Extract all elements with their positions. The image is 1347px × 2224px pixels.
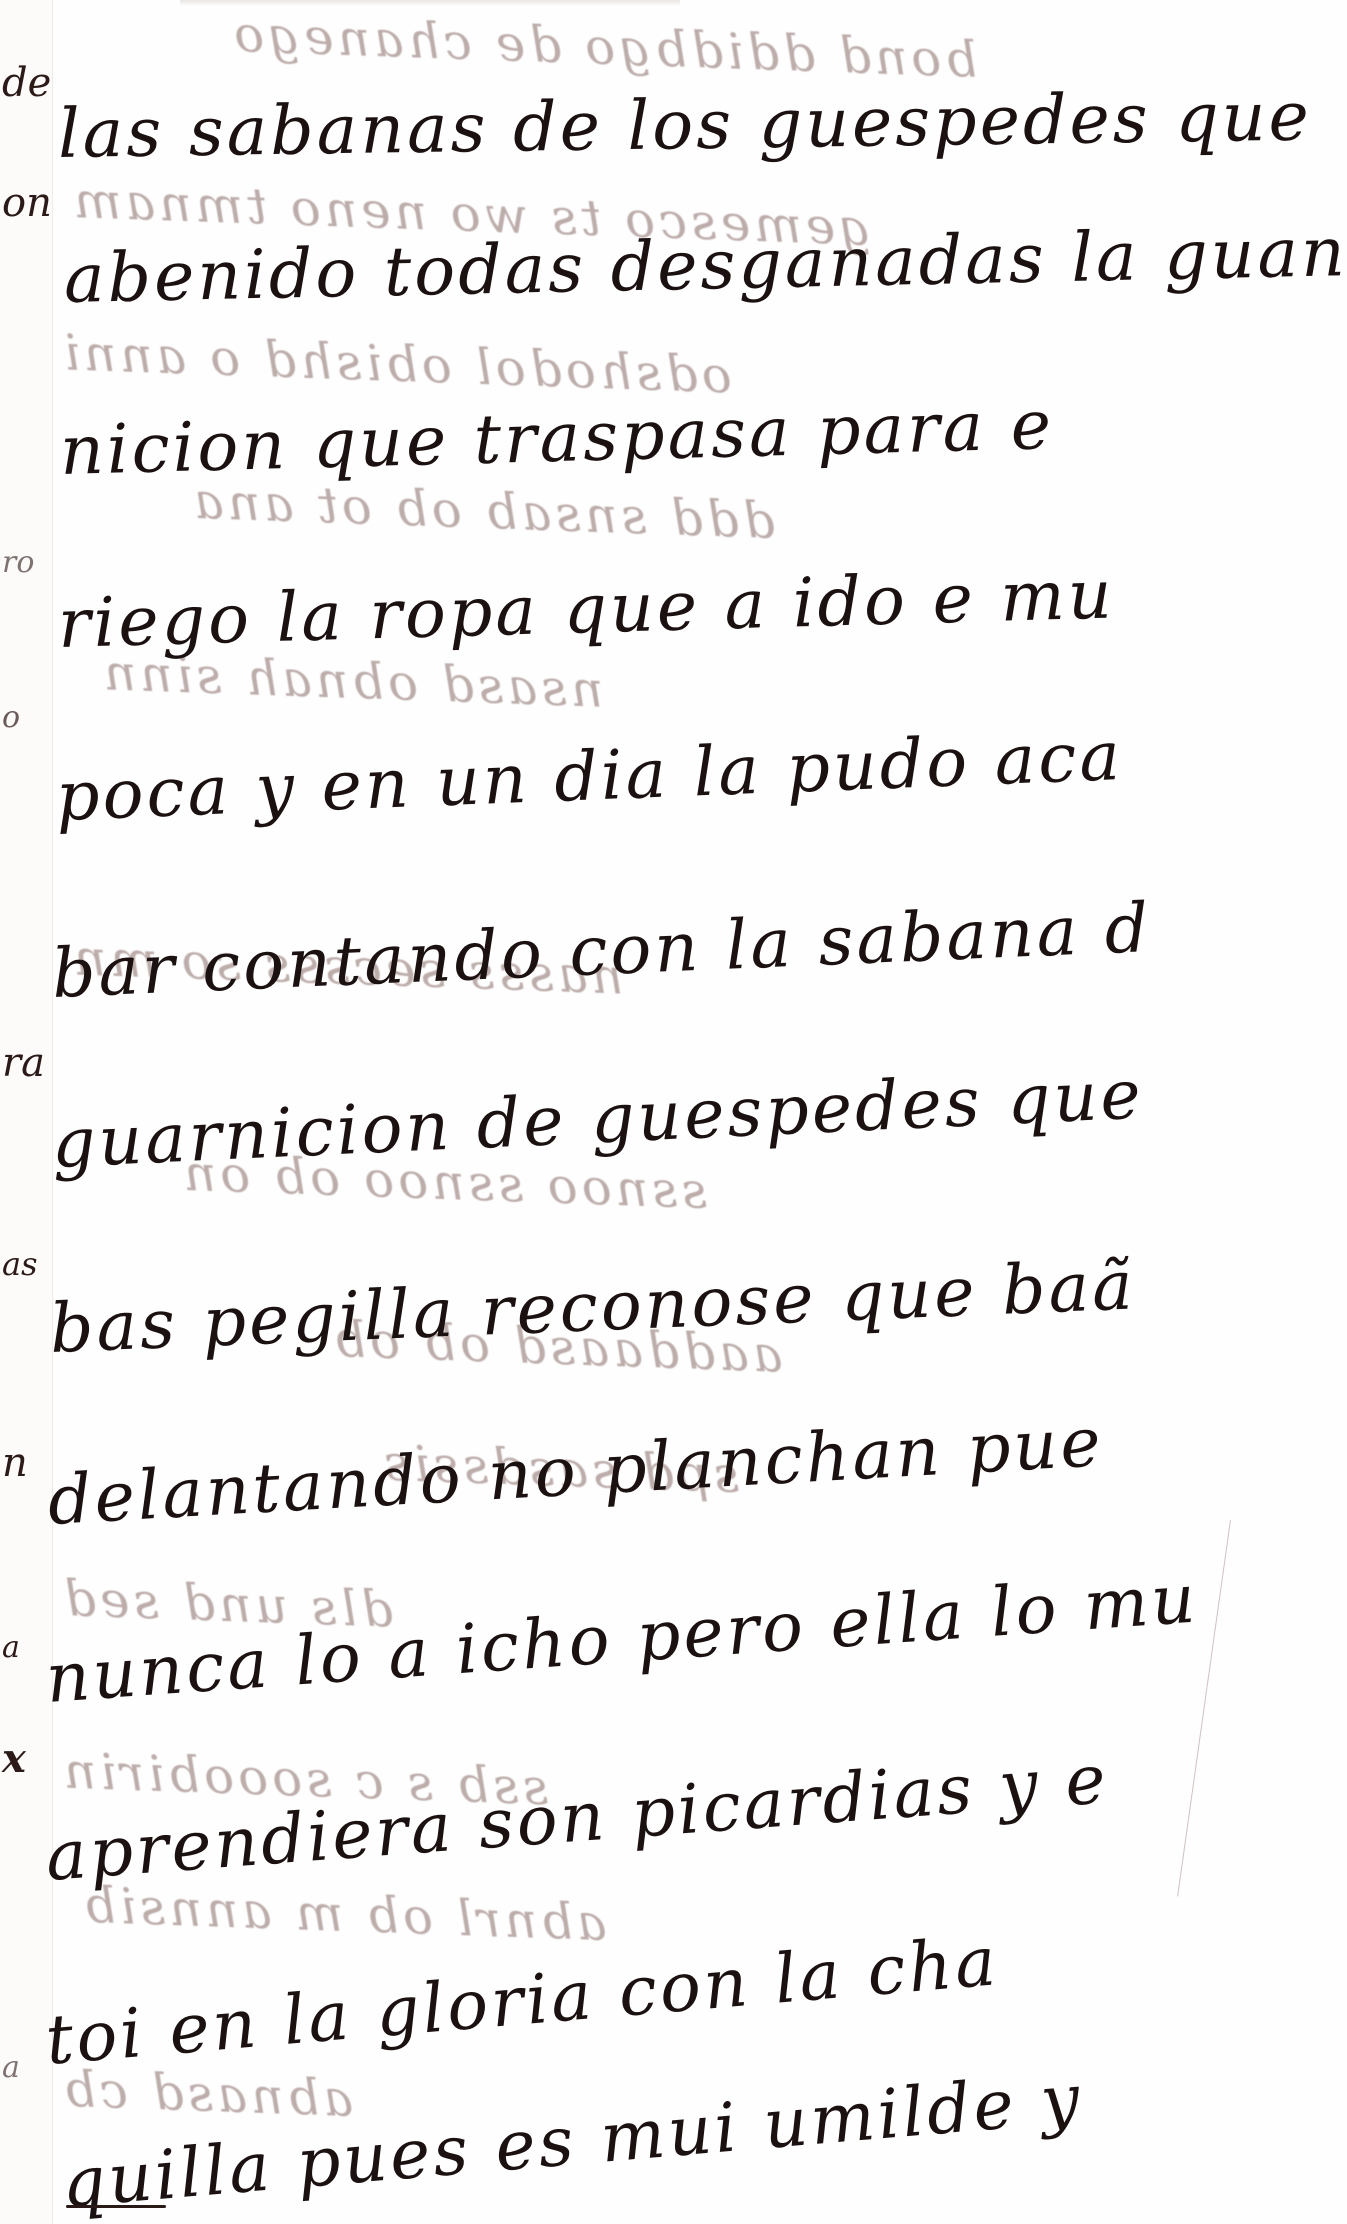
margin-fragment: ra [2, 1040, 45, 1086]
left-page-edge [0, 0, 53, 2224]
margin-fragment: a [2, 1630, 20, 1665]
manuscript-line-3: nicion que traspasa para e [59, 386, 1055, 491]
bleed-through-text: bond ddidbgo de chanego [229, 5, 978, 89]
manuscript-line-9: delantando no planchan pue [46, 1403, 1106, 1541]
manuscript-page: bond ddidbgo de chanego gemesco ts wo ne… [0, 0, 1347, 2224]
margin-fragment: a [2, 2050, 20, 2085]
margin-fragment: as [2, 1245, 38, 1283]
margin-fragment: o [2, 700, 20, 735]
margin-fragment: ro [2, 545, 34, 580]
margin-fragment: x [2, 1735, 26, 1782]
manuscript-line-1: las sabanas de los guespedes que [57, 77, 1312, 173]
bleed-through-text: odshodol obishd o anni [59, 323, 733, 404]
margin-fragment: de [2, 60, 51, 106]
underline-stroke [66, 2205, 166, 2208]
margin-fragment: on [2, 180, 52, 226]
manuscript-line-4: riego la ropa que a ido e mu [57, 556, 1116, 664]
manuscript-line-5: poca y en un dia la pudo aca [54, 717, 1124, 837]
margin-fragment: n [2, 1440, 28, 1486]
